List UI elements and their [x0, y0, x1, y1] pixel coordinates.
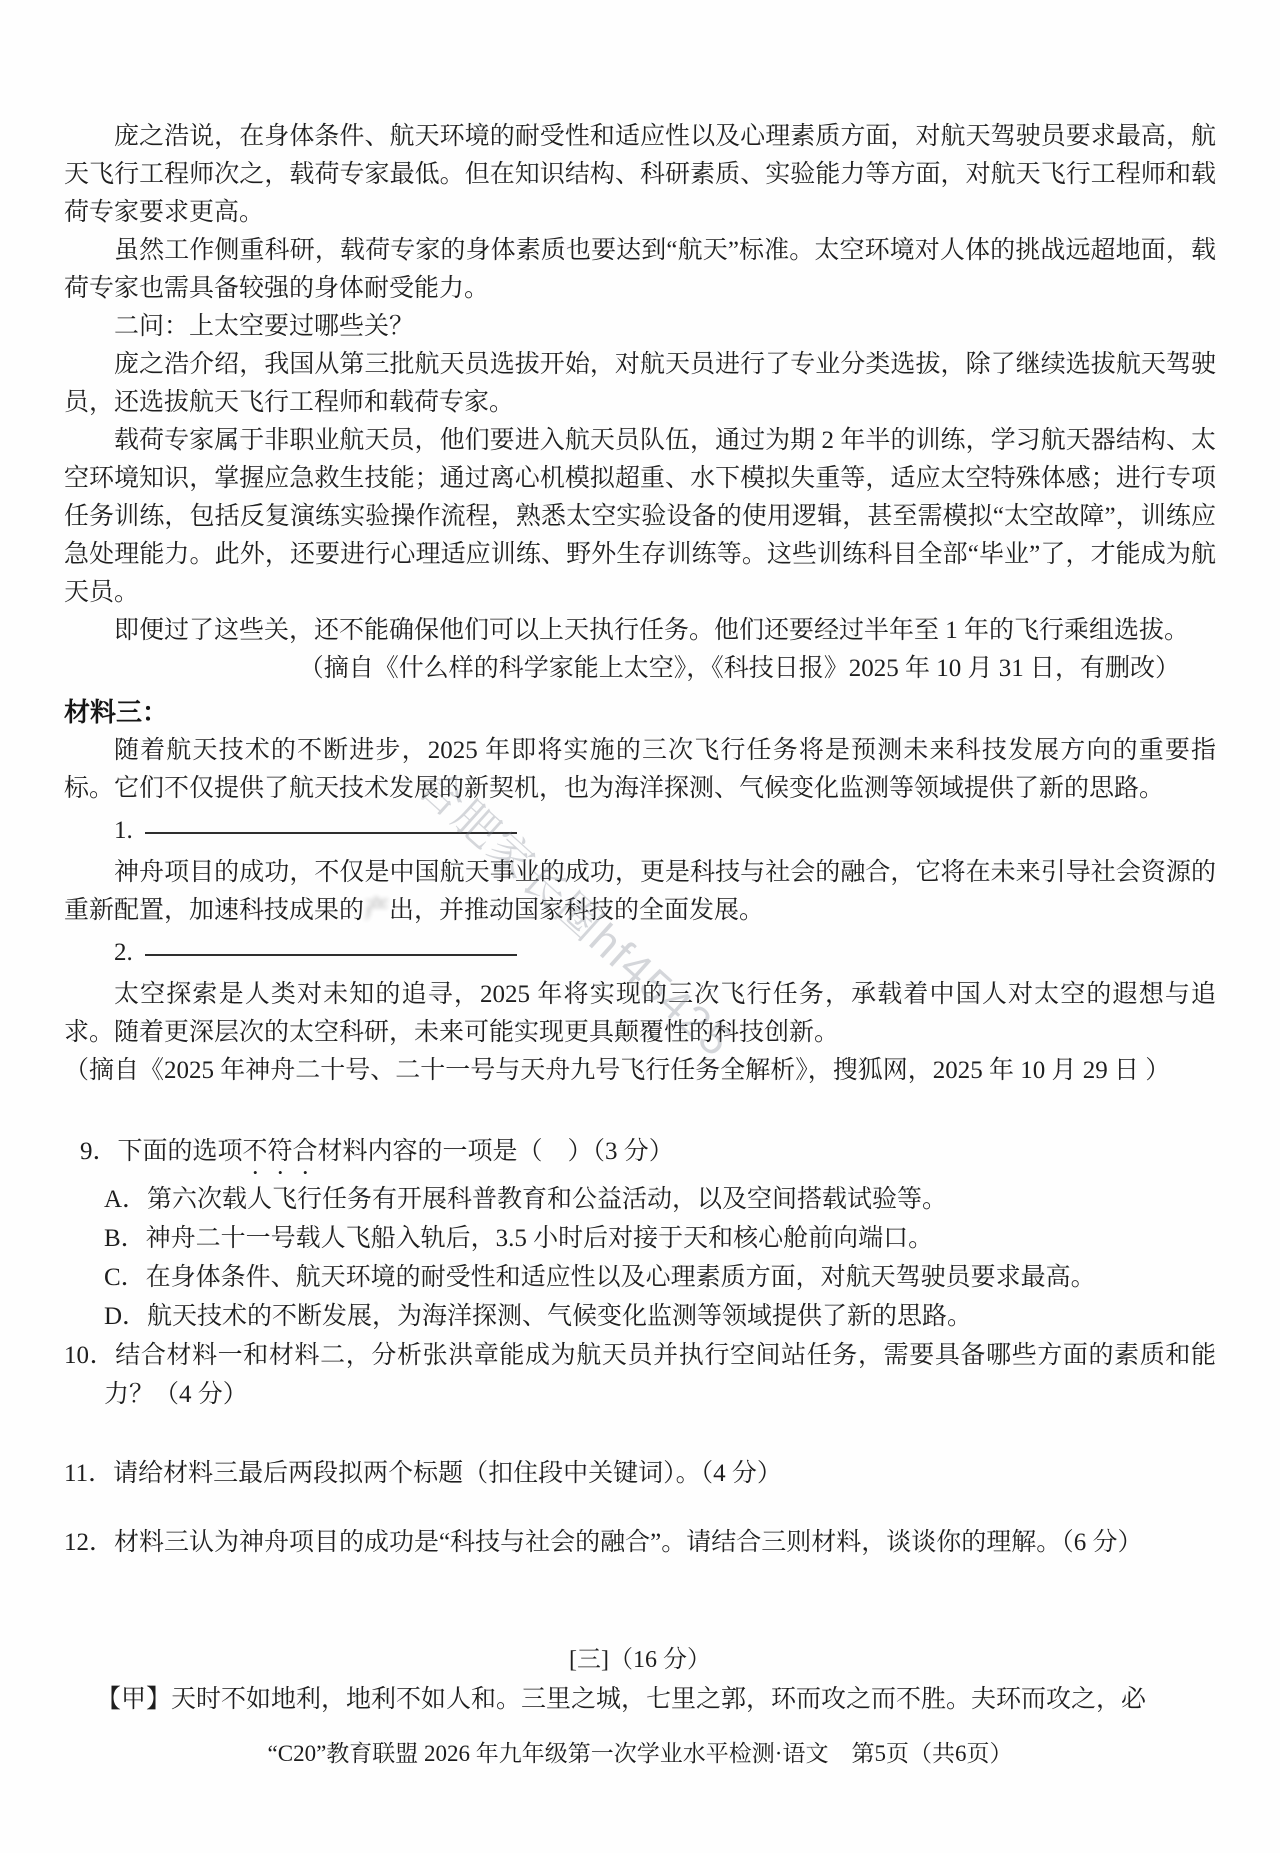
material3-heading: 材料三：: [64, 692, 1216, 732]
material3-attribution: （摘自《2025 年神舟二十号、二十一号与天舟九号飞行任务全解析》，搜狐网，20…: [64, 1052, 1216, 1090]
passage-jia: 【甲】天时不如地利，地利不如人和。三里之城，七里之郭，环而攻之而不胜。夫环而攻之…: [96, 1680, 1190, 1720]
passage-jia-text: 天时不如地利，地利不如人和。三里之城，七里之郭，环而攻之而不胜。夫环而攻之，必: [171, 1686, 1146, 1713]
question-9-number: 9．: [80, 1138, 118, 1165]
question-9-options: A．第六次载人飞行任务有开展科普教育和公益活动，以及空间搭载试验等。 B．神舟二…: [104, 1180, 1216, 1336]
question-11-number: 11．: [64, 1460, 113, 1487]
question-9: 9．下面的选项不符合材料内容的一项是（ ）（3 分）: [80, 1132, 1216, 1180]
exam-page: 合肥家长圈hf45425 庞之浩说，在身体条件、航天环境的耐受性和适应性以及心理…: [0, 0, 1280, 1853]
question-9-option-d: D．航天技术的不断发展，为海洋探测、气候变化监测等领域提供了新的思路。: [104, 1297, 1216, 1336]
material2-attribution: （摘自《什么样的科学家能上太空》，《科技日报》2025 年 10 月 31 日，…: [64, 650, 1216, 688]
section-3-title: [三]（16 分）: [64, 1640, 1216, 1680]
questions-section: 9．下面的选项不符合材料内容的一项是（ ）（3 分） A．第六次载人飞行任务有开…: [64, 1132, 1216, 1562]
question-11: 11．请给材料三最后两段拟两个标题（扣住段中关键词）。（4 分）: [64, 1454, 1216, 1493]
question-9-option-a: A．第六次载人飞行任务有开展科普教育和公益活动，以及空间搭载试验等。: [104, 1180, 1216, 1219]
blank-2-number: 2.: [114, 939, 133, 966]
blank-1-number: 1.: [114, 817, 133, 844]
blank-2-line: [145, 954, 517, 956]
question-12-text: 材料三认为神舟项目的成功是“科技与社会的融合”。请结合三则材料，谈谈你的理解。（…: [114, 1529, 1142, 1556]
question-9-emphasized-text: 不符合: [243, 1138, 318, 1165]
passage-jia-label: 【甲】: [96, 1686, 171, 1713]
blurred-character: 产: [364, 897, 389, 924]
title-blank-1: 1.: [64, 808, 1216, 854]
question-12-number: 12．: [64, 1529, 114, 1556]
material3-paragraph-2: 太空探索是人类对未知的追寻，2025 年将实现的三次飞行任务，承载着中国人对太空…: [64, 976, 1216, 1052]
question-11-text: 请给材料三最后两段拟两个标题（扣住段中关键词）。（4 分）: [113, 1460, 782, 1487]
question-10-number: 10．: [64, 1342, 115, 1369]
page-footer: “C20”教育联盟 2026 年九年级第一次学业水平检测·语文 第5页（共6页）: [64, 1736, 1216, 1772]
material2-paragraph-6: 即便过了这些关，还不能确保他们可以上天执行任务。他们还要经过半年至 1 年的飞行…: [64, 612, 1216, 650]
title-blank-2: 2.: [64, 930, 1216, 976]
question-10: 10．结合材料一和材料二，分析张洪章能成为航天员并执行空间站任务，需要具备哪些方…: [64, 1336, 1216, 1414]
blank-1-line: [145, 832, 517, 834]
question-9-text-end: 材料内容的一项是（ ）（3 分）: [318, 1138, 674, 1165]
material2-paragraph-3: 二问：上太空要过哪些关？: [64, 308, 1216, 346]
question-10-text: 结合材料一和材料二，分析张洪章能成为航天员并执行空间站任务，需要具备哪些方面的素…: [104, 1342, 1216, 1408]
question-9-text: 下面的选项: [118, 1138, 243, 1165]
material3-paragraph-1-text-end: 出，并推动国家科技的全面发展。: [389, 897, 764, 924]
material3-paragraph-1: 神舟项目的成功，不仅是中国航天事业的成功，更是科技与社会的融合，它将在未来引导社…: [64, 854, 1216, 930]
material3-intro-paragraph: 随着航天技术的不断进步，2025 年即将实施的三次飞行任务将是预测未来科技发展方…: [64, 732, 1216, 808]
material2-paragraph-2: 虽然工作侧重科研，载荷专家的身体素质也要达到“航天”标准。太空环境对人体的挑战远…: [64, 232, 1216, 308]
material2-paragraph-1: 庞之浩说，在身体条件、航天环境的耐受性和适应性以及心理素质方面，对航天驾驶员要求…: [64, 118, 1216, 232]
question-9-option-b: B．神舟二十一号载人飞船入轨后，3.5 小时后对接于天和核心舱前向端口。: [104, 1219, 1216, 1258]
material2-paragraph-5: 载荷专家属于非职业航天员，他们要进入航天员队伍，通过为期 2 年半的训练，学习航…: [64, 422, 1216, 612]
page-content: 庞之浩说，在身体条件、航天环境的耐受性和适应性以及心理素质方面，对航天驾驶员要求…: [64, 118, 1216, 1772]
question-9-option-c: C．在身体条件、航天环境的耐受性和适应性以及心理素质方面，对航天驾驶员要求最高。: [104, 1258, 1216, 1297]
material2-paragraph-4: 庞之浩介绍，我国从第三批航天员选拔开始，对航天员进行了专业分类选拔，除了继续选拔…: [64, 346, 1216, 422]
question-12: 12．材料三认为神舟项目的成功是“科技与社会的融合”。请结合三则材料，谈谈你的理…: [64, 1523, 1216, 1562]
